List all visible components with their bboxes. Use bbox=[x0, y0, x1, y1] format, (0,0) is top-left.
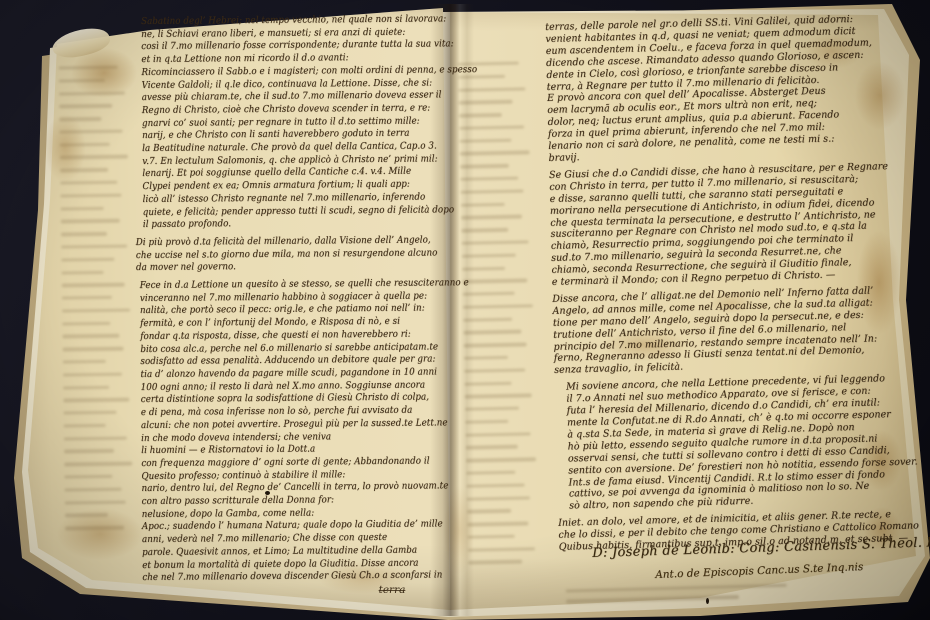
paragraph: Sabatino degl’ Hebrei; nel tempo vecchio… bbox=[141, 14, 418, 232]
ink-speck bbox=[706, 598, 709, 604]
handwritten-line: da mover nel governo. bbox=[136, 260, 419, 275]
paragraph: Se Giusi che d.o Candidi disse, che hano… bbox=[549, 161, 905, 289]
handwritten-line: così il 7.mo millenario fosse corrispond… bbox=[141, 39, 417, 54]
left-page-text: Sabatino degl’ Hebrei; nel tempo vecchio… bbox=[141, 14, 421, 585]
paragraph: Di più provò d.ta felicità del millenari… bbox=[136, 235, 419, 276]
handwritten-line: alcuni: che non potei avvertire. Prosegu… bbox=[141, 417, 420, 432]
paragraph: terras, delle parole nel gr.o delli SS.t… bbox=[545, 13, 902, 165]
handwritten-line: con frequenza maggiore d’ ogni sorte di … bbox=[141, 455, 420, 470]
manuscript-photo: Sabatino degl’ Hebrei; nel tempo vecchio… bbox=[0, 0, 930, 620]
paragraph: Mi soviene ancora, che nella Lettione pr… bbox=[554, 373, 911, 513]
handwritten-line: il passato profondo. bbox=[143, 217, 419, 232]
right-page-text: terras, delle parole nel gr.o delli SS.t… bbox=[545, 13, 912, 554]
paragraph: Fece in d.a Lettione un quesito à se ste… bbox=[140, 278, 422, 585]
catchword: terra bbox=[322, 584, 462, 596]
handwritten-line: nario, dentro lui, del Regno de’ Cancell… bbox=[141, 481, 420, 496]
paragraph: Disse ancora, che l’ alligat.ne del Demo… bbox=[552, 285, 907, 378]
handwritten-line: che nel 7.mo millenario doveva discender… bbox=[142, 570, 421, 585]
